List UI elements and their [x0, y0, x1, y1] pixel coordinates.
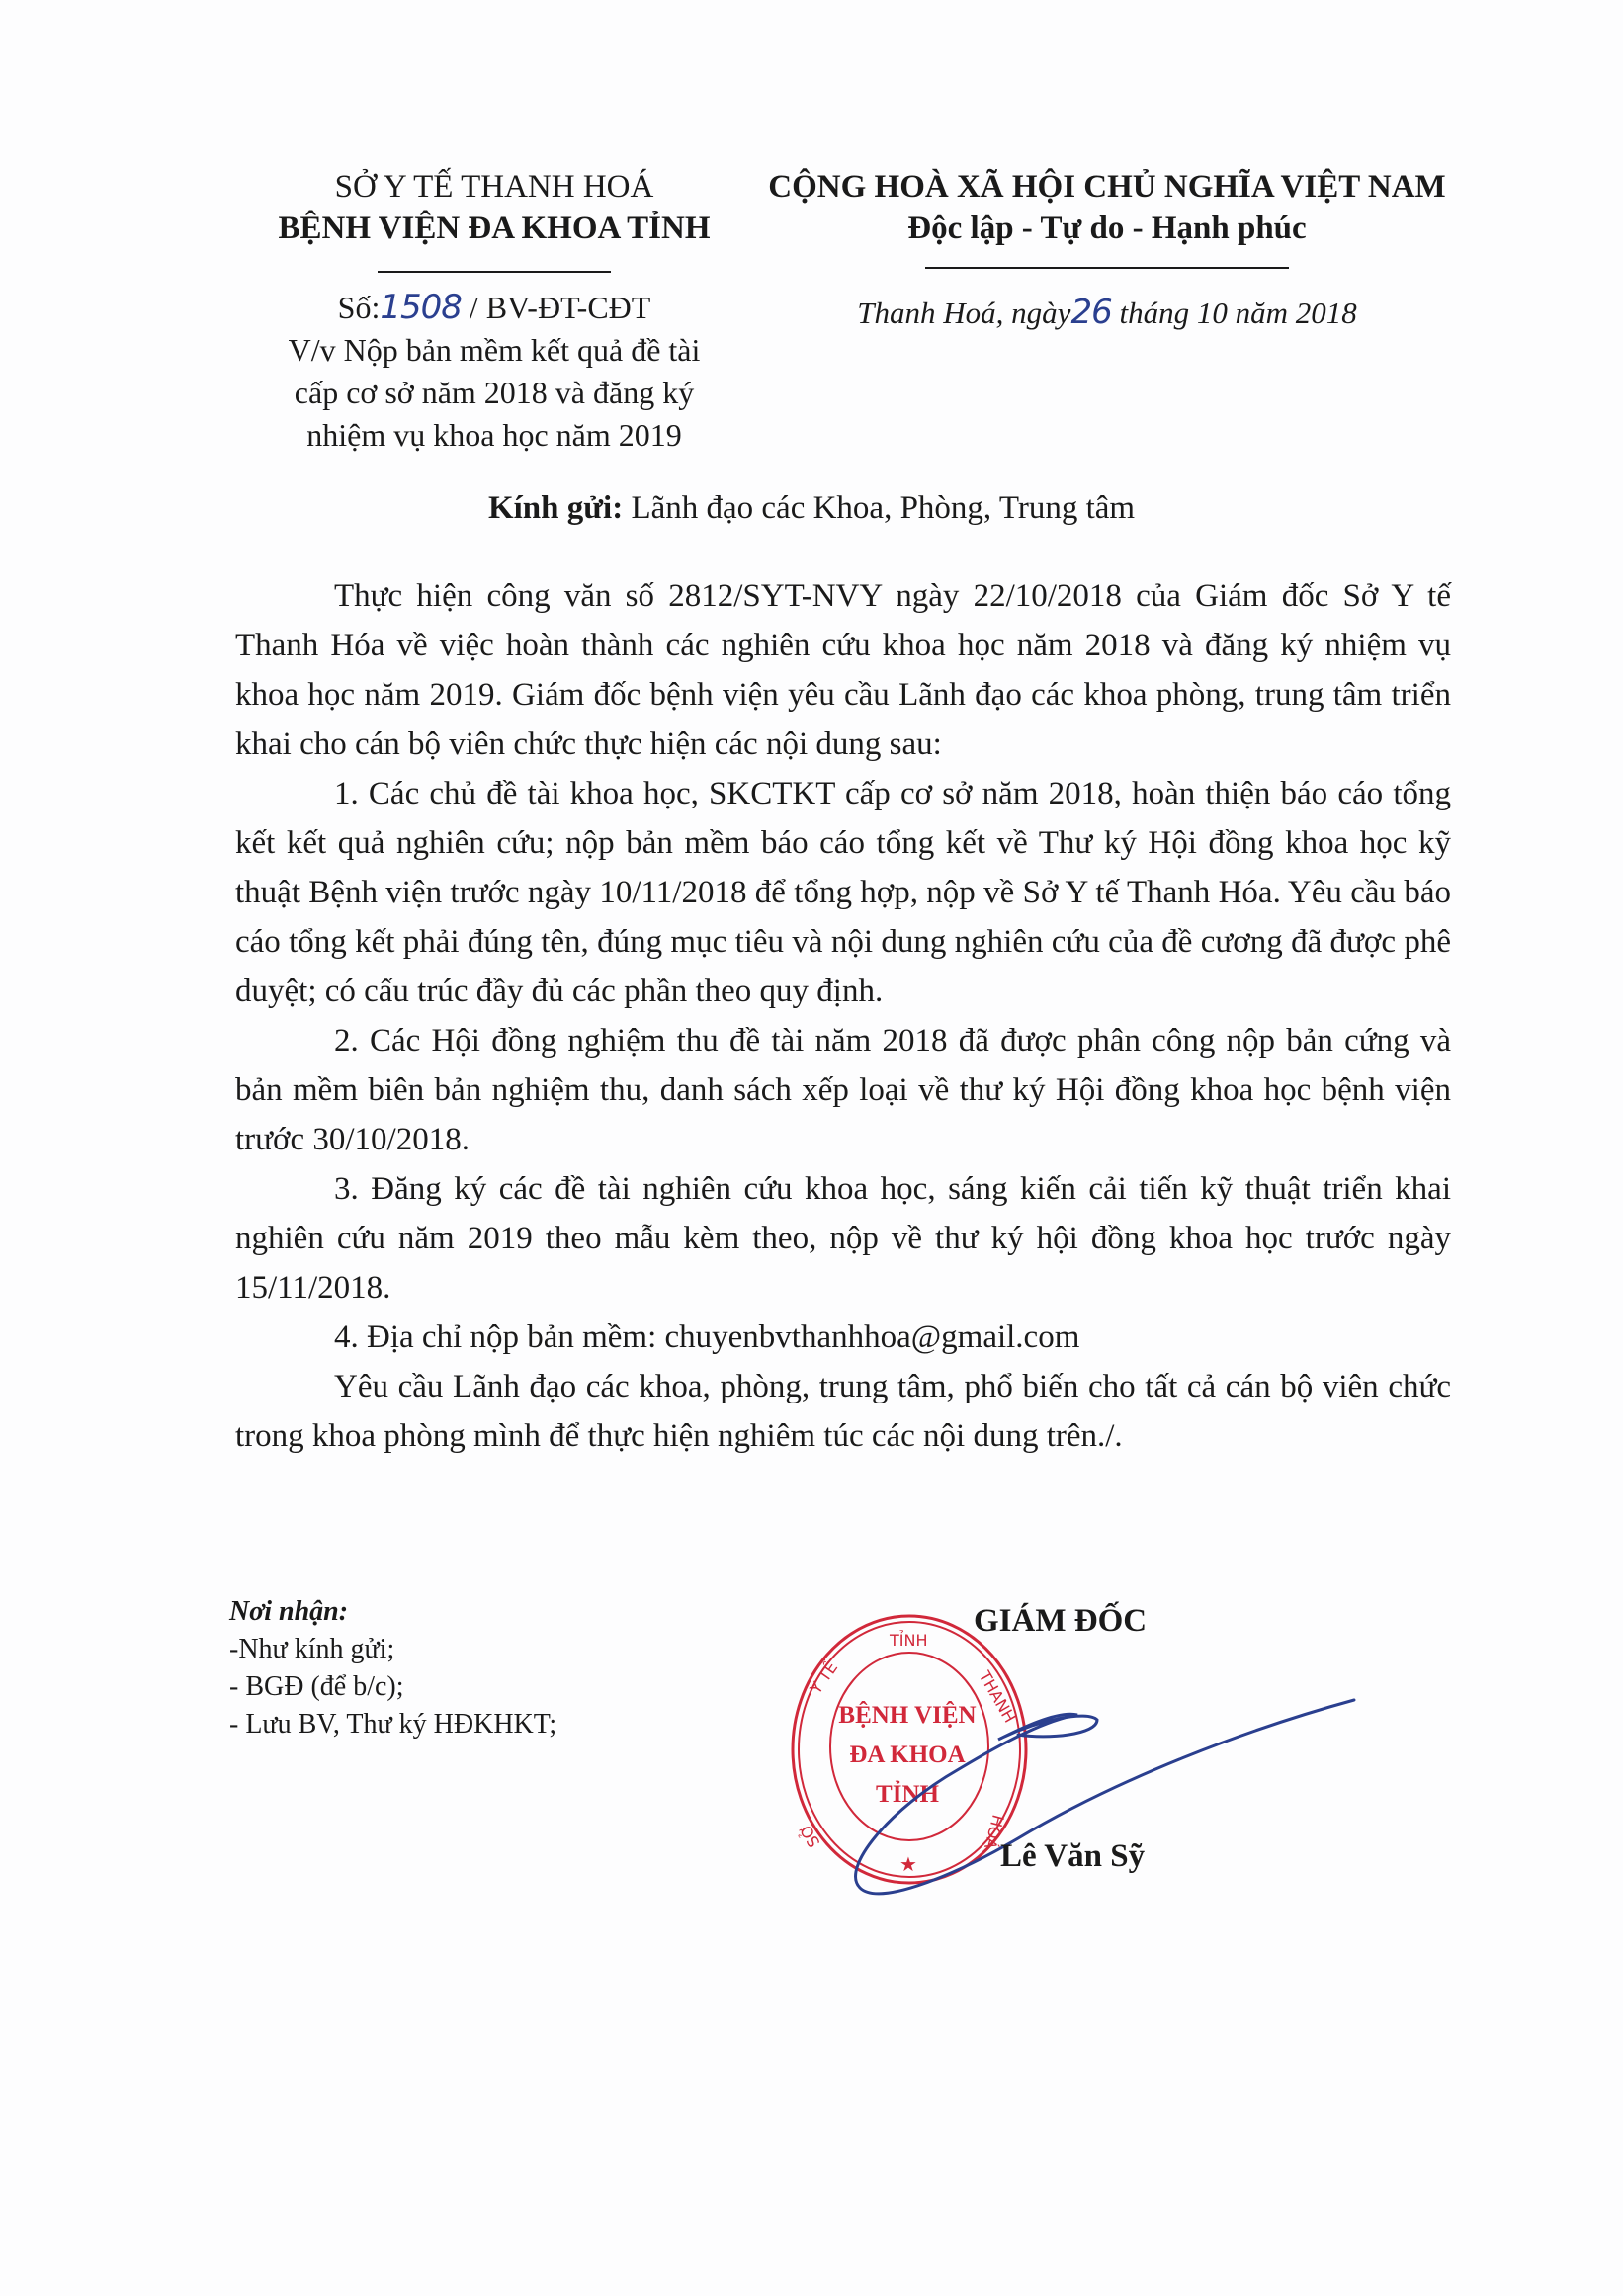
document-number-block: Số:1508 / BV-ĐT-CĐT V/v Nộp bản mềm kết … — [198, 287, 791, 457]
subject-line: nhiệm vụ khoa học năm 2019 — [198, 414, 791, 457]
handwritten-number: 1508 — [380, 288, 462, 327]
date-prefix: Thanh Hoá, ngày — [857, 296, 1070, 330]
letter-body: Thực hiện công văn số 2812/SYT-NVY ngày … — [235, 571, 1451, 1461]
svg-text:TỈNH: TỈNH — [889, 1630, 928, 1650]
closing-paragraph: Yêu cầu Lãnh đạo các khoa, phòng, trung … — [235, 1362, 1451, 1461]
subject-line: V/v Nộp bản mềm kết quả đề tài — [198, 329, 791, 372]
recipient-line: Kính gửi: Lãnh đạo các Khoa, Phòng, Trun… — [0, 490, 1623, 527]
country-name: CỘNG HOÀ XÃ HỘI CHỦ NGHĨA VIỆT NAM — [731, 166, 1483, 208]
number-prefix: Số: — [338, 290, 381, 325]
department-name: SỞ Y TẾ THANH HOÁ — [198, 166, 791, 208]
distribution-item: - BGĐ (để b/c); — [229, 1668, 556, 1706]
recipient-value: Lãnh đạo các Khoa, Phòng, Trung tâm — [623, 490, 1135, 526]
issue-date: Thanh Hoá, ngày26 tháng 10 năm 2018 — [731, 293, 1483, 332]
date-suffix: tháng 10 năm 2018 — [1112, 296, 1357, 330]
header-right-rule — [925, 267, 1289, 269]
number-suffix: / BV-ĐT-CĐT — [462, 290, 650, 325]
organization-name: BỆNH VIỆN ĐA KHOA TỈNH — [198, 208, 791, 249]
subject-line: cấp cơ sở năm 2018 và đăng ký — [198, 372, 791, 414]
distribution-title: Nơi nhận: — [229, 1593, 556, 1631]
instruction-item: 2. Các Hội đồng nghiệm thu đề tài năm 20… — [235, 1016, 1451, 1164]
signer-title: GIÁM ĐỐC — [974, 1603, 1147, 1640]
issuing-authority-block: SỞ Y TẾ THANH HOÁ BỆNH VIỆN ĐA KHOA TỈNH — [198, 166, 791, 273]
instruction-item: 3. Đăng ký các đề tài nghiên cứu khoa họ… — [235, 1164, 1451, 1313]
handwritten-day: 26 — [1070, 293, 1111, 332]
intro-paragraph: Thực hiện công văn số 2812/SYT-NVY ngày … — [235, 571, 1451, 769]
distribution-list: Nơi nhận: -Như kính gửi; - BGĐ (để b/c);… — [229, 1593, 556, 1743]
distribution-item: -Như kính gửi; — [229, 1631, 556, 1668]
signer-name: Lê Văn Sỹ — [1000, 1838, 1145, 1875]
national-motto: Độc lập - Tự do - Hạnh phúc — [731, 208, 1483, 249]
instruction-item: 1. Các chủ đề tài khoa học, SKCTKT cấp c… — [235, 769, 1451, 1016]
header-left-rule — [378, 271, 611, 273]
document-number: Số:1508 / BV-ĐT-CĐT — [198, 287, 791, 329]
national-header-block: CỘNG HOÀ XÃ HỘI CHỦ NGHĨA VIỆT NAM Độc l… — [731, 166, 1483, 269]
recipient-label: Kính gửi: — [488, 490, 623, 526]
distribution-item: - Lưu BV, Thư ký HĐKHKT; — [229, 1706, 556, 1743]
instruction-item: 4. Địa chỉ nộp bản mềm: chuyenbvthanhhoa… — [235, 1313, 1451, 1362]
